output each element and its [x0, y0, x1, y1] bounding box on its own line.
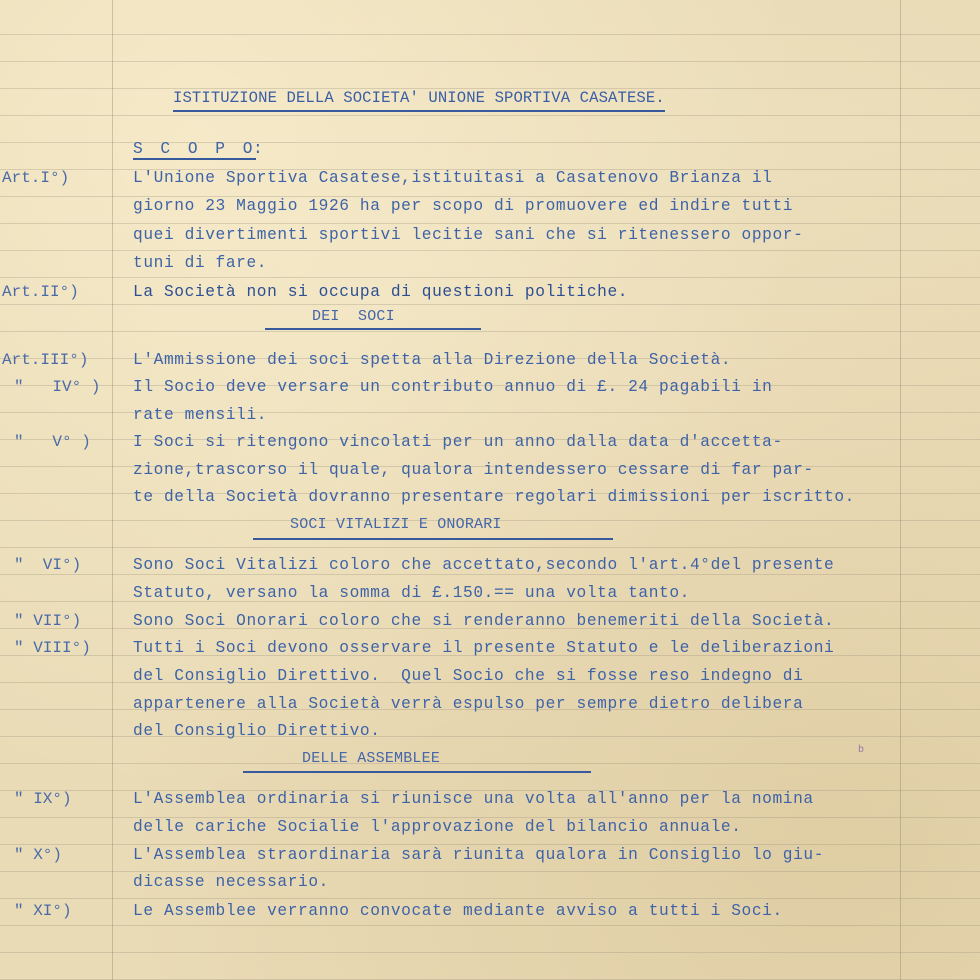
left-margin-line — [112, 0, 113, 980]
typewritten-page: ISTITUZIONE DELLA SOCIETA' UNIONE SPORTI… — [0, 0, 980, 980]
article-line: Il Socio deve versare un contributo annu… — [133, 379, 772, 395]
document-title: ISTITUZIONE DELLA SOCIETA' UNIONE SPORTI… — [173, 91, 665, 112]
article-line: L'Unione Sportiva Casatese,istituitasi a… — [133, 170, 772, 186]
article-line: L'Assemblea straordinaria sarà riunita q… — [133, 847, 824, 863]
article-line: giorno 23 Maggio 1926 ha per scopo di pr… — [133, 198, 793, 214]
section-heading-scopo: S C O P O — [133, 141, 256, 160]
article-line: Sono Soci Vitalizi coloro che accettato,… — [133, 557, 834, 573]
article-line: te della Società dovranno presentare reg… — [133, 489, 855, 505]
article-label: " X°) — [14, 847, 62, 863]
article-line: Tutti i Soci devono osservare il present… — [133, 640, 834, 656]
article-line: rate mensili. — [133, 407, 267, 423]
article-line: Sono Soci Onorari coloro che si renderan… — [133, 613, 834, 629]
article-line: zione,trascorso il quale, qualora intend… — [133, 462, 814, 478]
article-label: " VII°) — [14, 613, 81, 629]
article-line: delle cariche Socialie l'approvazione de… — [133, 819, 742, 835]
section-heading-delle-assemblee: DELLE ASSEMBLEE — [302, 751, 440, 766]
article-label: " V° ) — [14, 434, 91, 450]
article-line: Le Assemblee verranno convocate mediante… — [133, 903, 783, 919]
article-line: L'Ammissione dei soci spetta alla Direzi… — [133, 352, 731, 368]
heading-underline — [253, 538, 613, 540]
right-margin-line — [900, 0, 901, 980]
article-label: " XI°) — [14, 903, 72, 919]
article-line: La Società non si occupa di questioni po… — [133, 284, 628, 300]
article-line: I Soci si ritengono vincolati per un ann… — [133, 434, 783, 450]
article-label: " IX°) — [14, 791, 72, 807]
article-label: Art.I°) — [2, 170, 69, 186]
article-label: " IV° ) — [14, 379, 100, 395]
article-line: dicasse necessario. — [133, 874, 329, 890]
heading-underline — [243, 771, 591, 773]
section-heading-soci-vitalizi: SOCI VITALIZI E ONORARI — [290, 517, 502, 532]
article-line: L'Assemblea ordinaria si riunisce una vo… — [133, 791, 814, 807]
article-label: Art.II°) — [2, 284, 79, 300]
heading-underline — [265, 328, 481, 330]
article-line: quei divertimenti sportivi lecitie sani … — [133, 227, 803, 243]
article-label: " VIII°) — [14, 640, 91, 656]
margin-mark: b — [858, 745, 864, 756]
article-line: appartenere alla Società verrà espulso p… — [133, 696, 803, 712]
article-line: del Consiglio Direttivo. — [133, 723, 381, 739]
section-heading-colon: : — [253, 141, 263, 157]
article-label: " VI°) — [14, 557, 81, 573]
section-heading-dei-soci: DEI SOCI — [312, 309, 395, 324]
article-line: tuni di fare. — [133, 255, 267, 271]
article-line: del Consiglio Direttivo. Quel Socio che … — [133, 668, 803, 684]
article-line: Statuto, versano la somma di £.150.== un… — [133, 585, 690, 601]
article-label: Art.III°) — [2, 352, 88, 368]
